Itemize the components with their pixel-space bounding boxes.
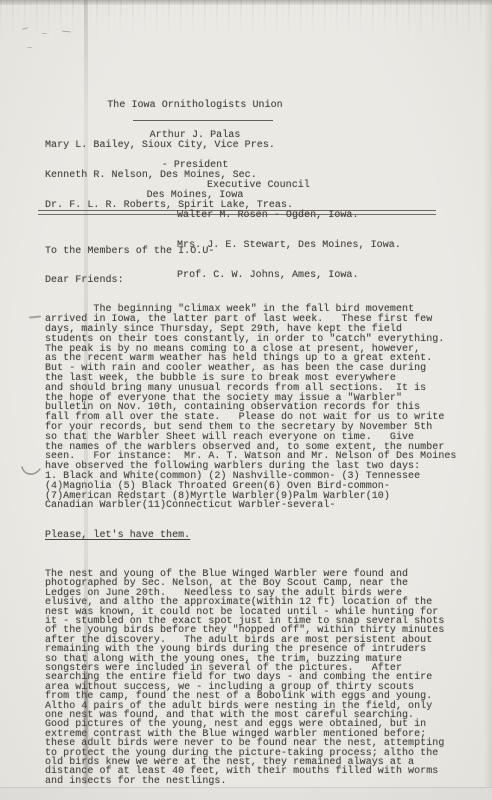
- emphasis-line: Please, let's have them.: [45, 531, 479, 541]
- section-divider-double-rule: [38, 210, 436, 215]
- pencil-speck: [27, 47, 32, 48]
- margin-check-mark: [20, 464, 42, 478]
- paragraph-blue-winged-warbler: The nest and young of the Blue Winged Wa…: [45, 570, 479, 786]
- scan-top-edge: [0, 0, 492, 5]
- emphasis-text: Please, let's have them.: [45, 530, 190, 541]
- letter-body: To the Members of the I.O.U- Dear Friend…: [45, 227, 479, 800]
- scan-right-edge: [484, 0, 492, 800]
- org-name: The Iowa Ornithologists Union: [100, 101, 290, 111]
- scan-top-texture: [0, 0, 492, 42]
- margin-dash-mark: [29, 315, 41, 318]
- scanned-letter-page: The Iowa Ornithologists Union Arthur J. …: [0, 0, 492, 800]
- officer-vice-president: Mary L. Bailey, Sioux City, Vice Pres.: [45, 141, 293, 151]
- executive-council-title: Executive Council: [177, 181, 401, 191]
- pencil-speck: [62, 31, 71, 33]
- paragraph-fall-migration: The beginning "climax week" in the fall …: [45, 305, 479, 511]
- salutation-to: To the Members of the I.O.U-: [45, 247, 479, 257]
- pencil-speck: [22, 27, 28, 30]
- salutation-greeting: Dear Friends:: [45, 276, 479, 286]
- pencil-speck: [42, 33, 47, 34]
